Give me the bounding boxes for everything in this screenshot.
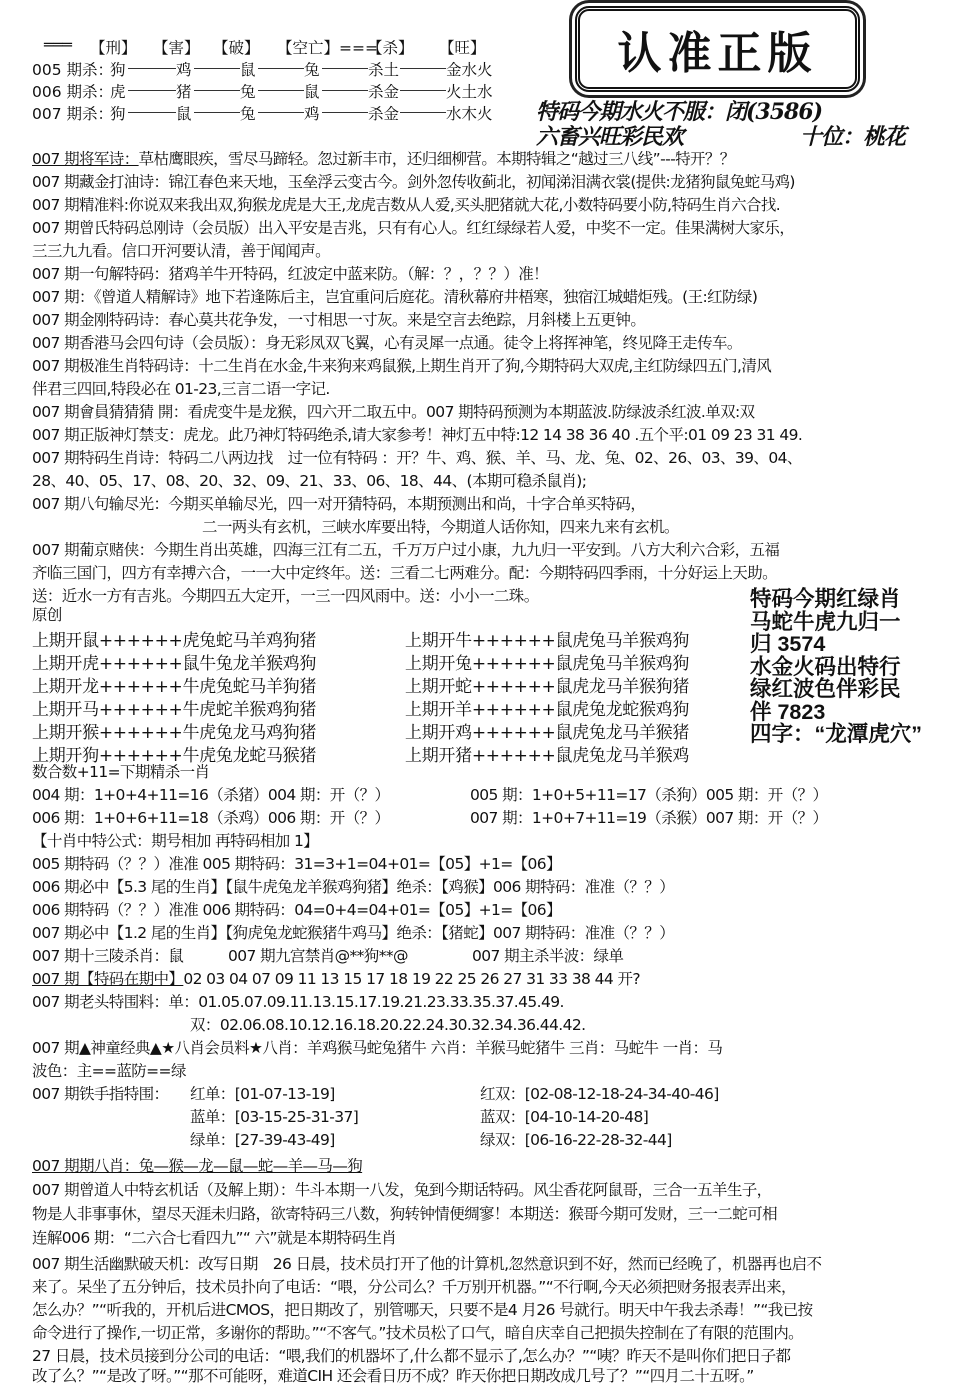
grid-result: 鼠虎兔龙马羊猴鸡 [555,746,689,766]
red-single-label: 红单： [190,1085,235,1103]
grid-open: 上期开龙 [32,677,99,697]
handwritten-note-2: 六畜兴旺彩民欢 [536,120,683,151]
grid-plus: ++++++ [99,631,183,651]
blue-double-label: 蓝双： [480,1108,525,1126]
box-line: 马蛇牛虎九归一 [750,611,975,634]
humor-line: 来了。呆坐了五分钟后，技术员扑向了电话：“喂，分公司么？千万别开机器。”“不行啊… [32,1277,796,1297]
text-line: 007 期八句输尽光：今期买单输尽光，四一对开猜特码，本期预测出和尚，十字合单买… [32,494,645,514]
text-line: 三三九九看。信口开河要认清，善于闻闻声。 [32,241,330,261]
handwritten-note-3: 十位：桃花 [800,120,905,151]
blue-single-label: 蓝单： [190,1108,235,1126]
humor-line: 命令进行了操作,一切正常，多谢你的帮助。”“不客气。”技术员松了口气，暗自庆幸自… [32,1323,803,1343]
red-double-value: [02-08-12-18-24-34-40-46] [525,1085,719,1103]
iron-hand-right: 红双：[02-08-12-18-24-34-40-46] [480,1084,719,1104]
dash-line [128,112,176,113]
grid-result: 牛虎兔蛇马羊狗猪 [182,677,316,697]
grid-result: 牛虎蛇羊猴鸡狗猪 [182,700,316,720]
grid-plus: ++++++ [472,723,556,743]
double-values: 02.06.08.10.12.16.18.20.22.24.30.32.34.3… [220,1016,586,1034]
grid-row-left: 上期开鼠++++++虎兔蛇马羊鸡狗猪 [32,626,316,651]
formula-row-b: 007 期：1+0+7+11=19（杀猴）007 期：开（？） [470,808,827,828]
double-label: 双： [190,1016,220,1034]
grid-plus: ++++++ [472,700,556,720]
in-period-numbers: 02 03 04 07 09 11 13 15 17 18 19 22 25 2… [183,970,640,988]
text-line: 007 期金刚特码诗：春心莫共花争发，一寸相思一寸灰。来是空言去绝踪，月斜楼上五… [32,310,645,330]
grid-open: 上期开鸡 [405,723,472,743]
text-line: 007 期：《曾道人精解诗》地下若逢陈后主，岂宜重问后庭花。清秋幕府井梧寒，独宿… [32,287,757,307]
text-line: 007 期曾氏特码总刚诗（会员版）出入平安是吉兆，只有有心人。红红绿绿若人爱，中… [32,218,794,238]
header-hai: 【害】 [153,36,200,58]
kill-cell: 狗 [110,102,126,124]
text-line: 007 期精准料:你说双来我出双,狗猴龙虎是大王,龙虎吉数从人爱,买头肥猪就大花… [32,195,780,215]
text-line: 齐临三国门，四方有幸搏六合，一一大中定终年。送：三看二七两难分。配：今期特码四季… [32,563,777,583]
formula-row-a: 004 期：1+0+4+11=16（杀猪）004 期：开（？） [32,785,389,805]
text-line: 007 期葡京赌侠：今期生肖出英雄，四海三江有二五，千万万户过小康，九九归一平安… [32,540,779,560]
iron-hand-right: 绿双：[06-16-22-28-32-44] [480,1130,672,1150]
grid-row-left: 上期开龙++++++牛虎兔蛇马羊狗猪 [32,672,316,697]
box-line: 特码今期红绿肖 [750,588,975,611]
kill-cell: 杀金 [368,80,399,102]
box-line: 四字：“龙潭虎穴” [750,723,975,746]
dash-line [322,112,368,113]
grid-open: 上期开虎 [32,654,99,674]
ten-zodiac-title: 【十肖中特公式：期号相加 再特码相加 1】 [32,831,318,851]
in-period-line: 007 期【特码在期中】02 03 04 07 09 11 13 15 17 1… [32,969,640,989]
green-single-label: 绿单： [190,1131,235,1149]
grid-row-left: 上期开虎++++++鼠牛兔龙羊猴鸡狗 [32,649,316,674]
red-single-value: [01-07-13-19] [235,1085,335,1103]
kill-cell: 鼠 [304,80,320,102]
grid-row-right: 上期开蛇++++++鼠虎龙马羊猴狗猪 [405,672,689,697]
text-line: 007 期會員猜猜猜 開：看虎变牛是龙猴，四六开二取五中。007 期特码预测为本… [32,402,755,422]
text-line: 007 期正版神灯禁支：虎龙。此乃神灯特码绝杀,请大家参考！神灯五中特:12 1… [32,425,802,445]
dash-line [258,112,304,113]
header-sha: 【杀】 [367,36,414,58]
zeng-dao-line: 物是人非事事休，望尽天涯未归路，欲寄特码三八数，狗转钟情便绸寥！本期送：猴哥今期… [32,1204,777,1224]
eight-zodiac-line: 007 期期八肖：兔—猴—龙—鼠—蛇—羊—马—狗 [32,1156,362,1176]
grid-plus: ++++++ [99,700,183,720]
humor-line: 改了么？”“是改了呀。”“那不可能呀，难道CIH 还会看日历不成？昨天你把日期改… [32,1366,754,1386]
kill-cell: 兔 [240,102,256,124]
grid-row-left: 上期开马++++++牛虎蛇羊猴鸡狗猪 [32,695,316,720]
green-double-label: 绿双： [480,1131,525,1149]
grid-plus: ++++++ [472,677,556,697]
special-code-box: 特码今期红绿肖 马蛇牛虎九归一 归 3574 水金火码出特行 绿红波色伴彩民 伴… [750,588,975,746]
grid-result: 鼠牛兔龙羊猴鸡狗 [182,654,316,674]
kill-cell: 鼠 [240,58,256,80]
grid-row-right: 上期开鸡++++++鼠虎兔龙马羊猴猪 [405,718,689,743]
text-line: 007 期特码生肖诗：特码二八两边找 过一位有特码 ：开？牛、鸡、猴、羊、马、龙… [32,448,802,468]
iron-hand-left: 红单：[01-07-13-19] [190,1084,335,1104]
header-xing: 【刑】 [90,36,137,58]
text-line: 007 期一句解特码：猪鸡羊牛开特码，红波定中蓝来防。（解：？，？？）准！ [32,264,548,284]
kill-cell: 鸡 [176,58,192,80]
dash-line [128,90,176,91]
grid-row-right: 上期开羊++++++鼠虎兔龙蛇猴鸡狗 [405,695,689,720]
ten-zodiac-line: 006 期必中【5.3 尾的生肖】【鼠牛虎兔龙羊猴鸡狗猪】绝杀：【鸡猴】006 … [32,877,674,897]
box-line: 伴 7823 [750,701,975,724]
grid-row-right: 上期开牛++++++鼠虎兔马羊猴鸡狗 [405,626,689,651]
dash-line [194,112,240,113]
dash-line [258,68,304,69]
red-double-label: 红双： [480,1085,525,1103]
kill-cell: 杀土 [368,58,399,80]
iron-hand-label: 007 期铁手指特围： [32,1084,168,1104]
kill-row-label: 005 期杀： [32,58,113,80]
general-poem-text: 草枯鹰眼疾，雪尽马蹄轻。忽过新丰市，还归细柳营。本期特辑之“越过三八线”---特… [139,150,735,168]
general-poem-label: 007 期将军诗： [32,150,139,168]
kill-cell: 兔 [304,58,320,80]
grid-result: 鼠虎龙马羊猴狗猪 [555,677,689,697]
header-wang: 【旺】 [439,36,486,58]
grid-plus: ++++++ [472,631,556,651]
ten-zodiac-line: 005 期特码（？？）准准 005 期特码：31=3+1=04+01=【05】+… [32,854,561,874]
dash-line [258,90,304,91]
text-line: 送：近水一方有吉兆。今期四五大定开，一三一四风雨中。送：小小一二珠。 [32,586,539,606]
text-line: 007 期藏金打油诗：锦江春色来天地，玉垒浮云变古今。剑外忽传收蓟北，初闻涕泪满… [32,172,795,192]
general-poem-line: 007 期将军诗：草枯鹰眼疾，雪尽马蹄轻。忽过新丰市，还归细柳营。本期特辑之“越… [32,149,735,169]
grid-plus: ++++++ [99,654,183,674]
grid-open: 上期开兔 [405,654,472,674]
grid-result: 鼠虎兔龙蛇猴鸡狗 [555,700,689,720]
grid-row-right: 上期开兔++++++鼠虎兔马羊猴鸡狗 [405,649,689,674]
nine-palace-ban: 007 期九宫禁肖@**狗**@ [228,946,408,966]
grid-result: 鼠虎兔龙马羊猴猪 [555,723,689,743]
old-head-double: 双：02.06.08.10.12.16.18.20.22.24.30.32.34… [190,1015,585,1035]
classic-line: 007 期▲神童经典▲★八肖会员料★八肖：羊鸡猴马蛇兔猪牛 六肖：羊猴马蛇猪牛 … [32,1038,722,1058]
green-single-value: [27-39-43-49] [235,1131,335,1149]
grid-result: 鼠虎兔马羊猴鸡狗 [555,631,689,651]
header-prefix: ═══ [44,36,72,54]
single-values: 01.05.07.09.11.13.15.17.19.21.23.33.35.3… [198,993,564,1011]
blue-double-value: [04-10-14-20-48] [525,1108,648,1126]
wave-color-line: 波色：主==蓝防==绿 [32,1061,186,1081]
grid-row-left: 上期开猴++++++牛虎兔龙马鸡狗猪 [32,718,316,743]
formula-row-b: 005 期：1+0+5+11=17（杀狗）005 期：开（？） [470,785,827,805]
text-line: 伴君三四回,特段必在 01-23,三言二语一字记. [32,379,330,399]
green-double-value: [06-16-22-28-32-44] [525,1131,672,1149]
humor-line: 007 期生活幽默破天机：改写日期 26 日晨，技术员打开了他的计算机,忽然意识… [32,1254,821,1274]
old-head-line: 007 期老头特围料：单：01.05.07.09.11.13.15.17.19.… [32,992,564,1012]
dash-line [194,68,240,69]
authentic-edition-stamp: 认准正版 [575,6,860,92]
grid-open: 上期开羊 [405,700,472,720]
header-po: 【破】 [213,36,260,58]
kill-cell: 兔 [240,80,256,102]
dash-line [322,68,368,69]
grid-open: 上期开马 [32,700,99,720]
kill-row-label: 007 期杀： [32,102,113,124]
iron-hand-left: 绿单：[27-39-43-49] [190,1130,335,1150]
kill-cell: 猪 [176,80,192,102]
blue-single-value: [03-15-25-31-37] [235,1108,358,1126]
single-label: 单： [168,993,198,1011]
grid-plus: ++++++ [99,677,183,697]
dash-line [194,90,240,91]
dash-line [128,68,176,69]
dash-line [400,112,446,113]
main-kill-wave: 007 期主杀半波：绿单 [472,946,623,966]
grid-open: 上期开猪 [405,746,472,766]
kill-cell: 鸡 [304,102,320,124]
formula-row-a: 006 期：1+0+6+11=18（杀鸡）006 期：开（？） [32,808,389,828]
tomb-kill: 007 期十三陵杀肖：鼠 [32,946,183,966]
kill-cell: 金水火 [446,58,493,80]
box-line: 归 3574 [750,633,975,656]
ten-zodiac-line: 006 期特码（？？）准准 006 期特码：04=0+4=04+01=【05】+… [32,900,561,920]
kill-cell: 狗 [110,58,126,80]
dash-line [400,90,446,91]
grid-open: 上期开蛇 [405,677,472,697]
text-line: 二一两头有玄机，三峡水库要出特，今期道人话你知，四来九来有玄机。 [202,517,679,537]
in-period-label: 007 期【特码在期中】 [32,970,183,988]
kill-row-label: 006 期杀： [32,80,113,102]
grid-open: 上期开牛 [405,631,472,651]
grid-open: 上期开猴 [32,723,99,743]
grid-result: 鼠虎兔马羊猴鸡狗 [555,654,689,674]
box-line: 水金火码出特行 [750,656,975,679]
text-line: 28、40、05、17、08、20、32、09、21、33、06、18、44、(… [32,471,586,491]
kill-cell: 水木火 [446,102,493,124]
grid-result: 牛虎兔龙马鸡狗猪 [182,723,316,743]
text-line: 007 期香港马会四句诗（会员版）：身无彩凤双飞翼，心有灵犀一点通。徒令上将挥神… [32,333,742,353]
box-line: 绿红波色伴彩民 [750,678,975,701]
iron-hand-right: 蓝双：[04-10-14-20-48] [480,1107,648,1127]
kill-cell: 火土水 [446,80,493,102]
zeng-dao-line: 连解006 期：“二六合七看四九”“ 六”就是本期特码生肖 [32,1228,396,1248]
formula-title: 数合数+11=下期精杀一肖 [32,762,209,782]
grid-open: 上期开鼠 [32,631,99,651]
grid-row-right: 上期开猪++++++鼠虎兔龙马羊猴鸡 [405,741,689,766]
humor-line: 怎么办？”“听我的，开机后进CMOS，把日期改了，别管哪天，只要不是4 月26 … [32,1300,813,1320]
text-line: 007 期极准生肖特码诗：十二生肖在水金,牛来狗来鸡鼠猴,上期生肖开了狗,今期特… [32,356,771,376]
kill-cell: 杀金 [368,102,399,124]
grid-plus: ++++++ [472,654,556,674]
zeng-dao-line: 007 期曾道人中特玄机话（及解上期）：牛斗本期一八发，兔到今期话特码。风尘香花… [32,1180,772,1200]
grid-plus: ++++++ [472,746,556,766]
header-kongwang: 【空亡】=== [277,36,378,58]
dash-line [322,90,368,91]
old-head-label: 007 期老头特围料： [32,993,168,1011]
original-label: 原创 [32,605,62,625]
humor-line: 27 日晨，技术员接到分公司的电话：“喂,我们的机器坏了,什么都不显示了,怎么办… [32,1346,790,1366]
grid-plus: ++++++ [99,723,183,743]
ten-zodiac-line: 007 期必中【1.2 尾的生肖】【狗虎兔龙蛇猴猪牛鸡马】绝杀：【猪蛇】007 … [32,923,674,943]
dash-line [400,68,446,69]
kill-cell: 虎 [110,80,126,102]
iron-hand-left: 蓝单：[03-15-25-31-37] [190,1107,358,1127]
kill-cell: 鼠 [176,102,192,124]
grid-result: 虎兔蛇马羊鸡狗猪 [182,631,316,651]
stamp-title: 认准正版 [618,17,818,81]
